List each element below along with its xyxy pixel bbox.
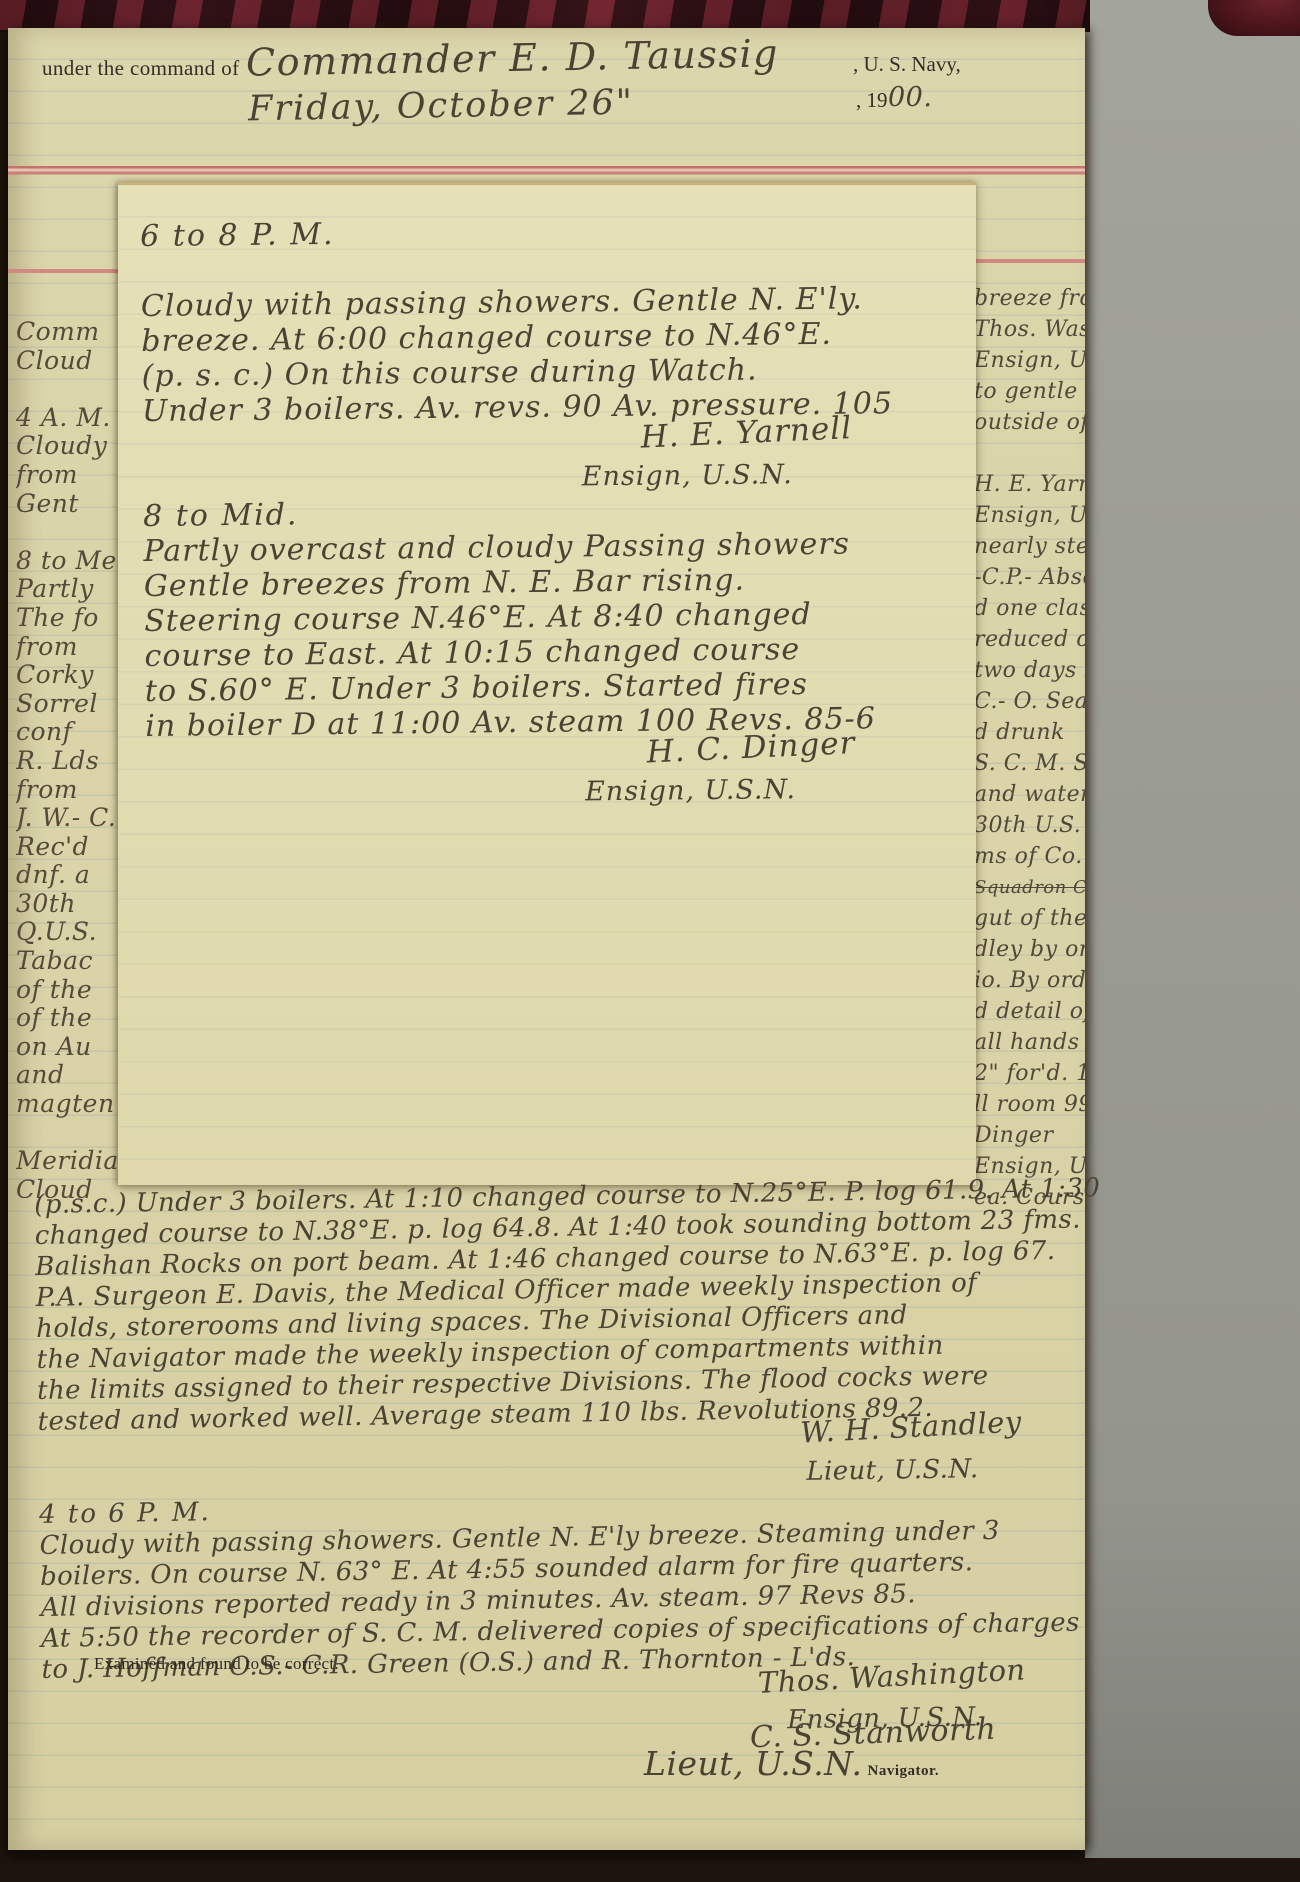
- fragment-line: 4 A. M.: [16, 404, 120, 433]
- book-cover-corner: [1208, 0, 1300, 36]
- fragment-line: from: [16, 633, 120, 662]
- fragment-line: [16, 1119, 120, 1148]
- fragment-line: Ensign, U.S.N.: [974, 345, 1085, 376]
- fragment-line: Thos. Washington: [974, 314, 1085, 345]
- printed-command-of-label: under the command of: [42, 56, 240, 81]
- commander-name-handwritten: Commander E. D. Taussig: [246, 31, 780, 84]
- fragment-line: on Au: [16, 1033, 120, 1062]
- fragment-line: Squadron Commander: [974, 872, 1085, 903]
- fragment-line: [16, 518, 120, 547]
- fragment-line: reduced one class: [974, 624, 1085, 655]
- printed-us-navy-label: , U. S. Navy,: [853, 52, 961, 77]
- red-ruled-line: [8, 166, 1085, 175]
- examined-stamp: Examined and found to be correct.: [94, 1654, 339, 1674]
- fragment-line: Cloudy: [16, 432, 120, 461]
- fragment-line: -C.P.- Absent: [974, 562, 1085, 593]
- fragment-line: d one class.: [974, 593, 1085, 624]
- fragment-line: d detail of men: [974, 996, 1085, 1027]
- fragment-line: breeze from N. E.: [974, 283, 1085, 314]
- fragment-line: Corky: [16, 661, 120, 690]
- pasted-log-sheet: 6 to 8 P. M. Cloudy with passing showers…: [118, 182, 976, 1185]
- navigator-rank-line: Lieut, U.S.N. Navigator.: [644, 1744, 939, 1783]
- fragment-line: Gent: [16, 490, 120, 519]
- fragment-line: Rec'd: [16, 833, 120, 862]
- fragment-line: 8 to Me: [16, 547, 120, 576]
- fragment-line: nearly steady-: [974, 531, 1085, 562]
- red-ruled-line-right-segment: [974, 259, 1085, 263]
- fragment-line: H. E. Yarnell: [974, 469, 1085, 500]
- fragment-line: two days sol.: [974, 655, 1085, 686]
- fragment-line: dley by order: [974, 934, 1085, 965]
- red-ruled-line-left-segment: [8, 269, 120, 273]
- fragment-line: Cloud: [16, 347, 120, 376]
- scanned-logbook: under the command of Commander E. D. Tau…: [0, 0, 1300, 1882]
- fragment-line: C.- O. Seas, Thornton: [974, 686, 1085, 717]
- fragment-line: Tabac: [16, 947, 120, 976]
- fragment-line: Comm: [16, 318, 120, 347]
- date-handwritten: Friday, October 26": [248, 83, 635, 130]
- fragment-line: 30th U.S. Vol.: [974, 810, 1085, 841]
- fragment-line: Sorrel: [16, 690, 120, 719]
- fragment-line: from: [16, 776, 120, 805]
- fragment-line: to gentle breeze: [974, 376, 1085, 407]
- fragment-line: outside of ship.: [974, 407, 1085, 438]
- fragment-line: Meridia: [16, 1147, 120, 1176]
- printed-year-prefix: , 19: [856, 88, 888, 113]
- pasted-sheet-entries: 6 to 8 P. M. Cloudy with passing showers…: [140, 210, 964, 814]
- fragment-line: from: [16, 461, 120, 490]
- table-surface: [1085, 0, 1300, 1858]
- fragment-line: Partly: [16, 575, 120, 604]
- fragment-line: 2" for'd. 15'-4" aft.: [974, 1058, 1085, 1089]
- fragment-line: io. By order: [974, 965, 1085, 996]
- fragment-line: and water.: [974, 779, 1085, 810]
- fragment-line: d drunk: [974, 717, 1085, 748]
- fragment-line: R. Lds: [16, 747, 120, 776]
- fragment-line: Ensign, U.S.N.: [974, 500, 1085, 531]
- fragment-line: The fo: [16, 604, 120, 633]
- fragment-line: S. C. M. Sorrel,: [974, 748, 1085, 779]
- fragment-line: all hands: [974, 1027, 1085, 1058]
- underlying-entry-fragments-right: breeze from N. E.Thos. WashingtonEnsign,…: [974, 283, 1085, 1213]
- fragment-line: of the: [16, 976, 120, 1005]
- fragment-line: J. W.- C.: [16, 804, 120, 833]
- fragment-line: ll room 99-98.: [974, 1089, 1085, 1120]
- fragment-line: 30th: [16, 890, 120, 919]
- fragment-line: and: [16, 1061, 120, 1090]
- fragment-line: conf: [16, 718, 120, 747]
- navigator-rank-handwritten: Lieut, U.S.N.: [644, 1744, 862, 1783]
- underlying-entry-fragments-left: CommCloud 4 A. M.CloudyfromGent 8 to MeP…: [16, 318, 120, 1198]
- fragment-line: Dinger: [974, 1120, 1085, 1151]
- printed-navigator-label: Navigator.: [868, 1763, 940, 1779]
- fragment-line: of the: [16, 1004, 120, 1033]
- fragment-line: dnf. a: [16, 861, 120, 890]
- fragment-line: gut of the: [974, 903, 1085, 934]
- logbook-page: under the command of Commander E. D. Tau…: [8, 28, 1085, 1850]
- fragment-line: Q.U.S.: [16, 918, 120, 947]
- fragment-line: [974, 438, 1085, 469]
- fragment-line: ms of Co. d: [974, 841, 1085, 872]
- year-handwritten: 00.: [888, 82, 932, 113]
- fragment-line: [16, 375, 120, 404]
- fragment-line: magten: [16, 1090, 120, 1119]
